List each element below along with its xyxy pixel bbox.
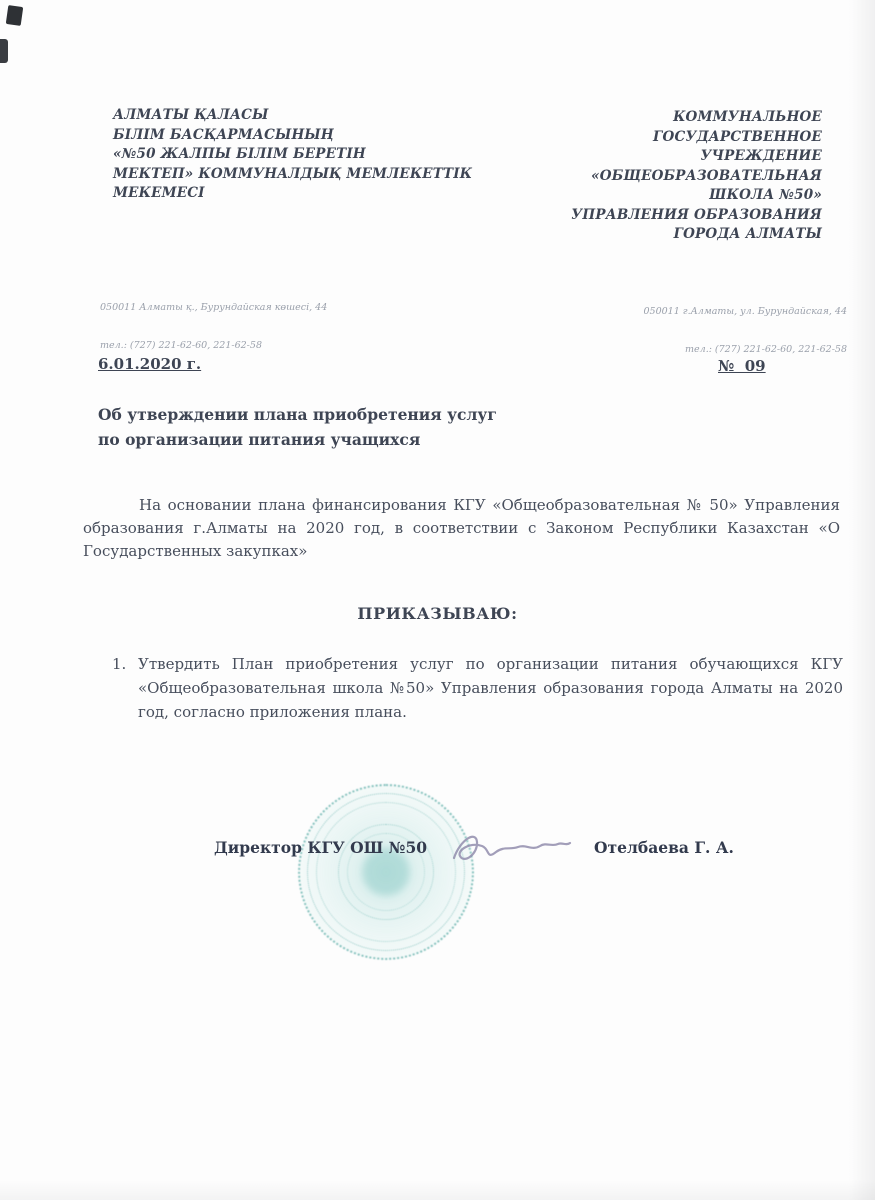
letterhead-line: УПРАВЛЕНИЯ ОБРАЗОВАНИЯ — [502, 206, 822, 226]
signature-scribble — [446, 816, 578, 876]
letterhead-line: БІЛІМ БАСҚАРМАСЫНЫҢ — [113, 126, 543, 146]
document-number: № 09 — [718, 357, 766, 375]
order-item-number: 1. — [112, 652, 126, 676]
address-block-right: 050011 г.Алматы, ул. Бурундайская, 44 те… — [557, 281, 847, 381]
letterhead-line: УЧРЕЖДЕНИЕ — [502, 147, 822, 167]
letterhead-line: МЕКЕМЕСІ — [113, 184, 543, 204]
letterhead-line: КОММУНАЛЬНОЕ — [502, 108, 822, 128]
letterhead-russian: КОММУНАЛЬНОЕ ГОСУДАРСТВЕННОЕ УЧРЕЖДЕНИЕ … — [502, 108, 822, 245]
scan-edge-shadow — [0, 1180, 875, 1200]
letterhead-line: «ОБЩЕОБРАЗОВАТЕЛЬНАЯ — [502, 167, 822, 187]
letterhead-line: АЛМАТЫ ҚАЛАСЫ — [113, 106, 543, 126]
scanned-document-page: АЛМАТЫ ҚАЛАСЫ БІЛІМ БАСҚАРМАСЫНЫҢ «№50 Ж… — [0, 0, 875, 1200]
address-line: 050011 г.Алматы, ул. Бурундайская, 44 — [557, 306, 847, 319]
address-line: тел.: (727) 221-62-60, 221-62-58 — [557, 344, 847, 357]
order-heading: ПРИКАЗЫВАЮ: — [0, 604, 875, 623]
letterhead-line: «№50 ЖАЛПЫ БІЛІМ БЕРЕТІН — [113, 145, 543, 165]
scan-edge-shadow — [849, 0, 875, 1200]
scan-artifact-mark — [0, 39, 8, 63]
subject-line: Об утверждении плана приобретения услуг — [98, 402, 658, 427]
order-item-1: 1. Утвердить План приобретения услуг по … — [112, 652, 843, 724]
letterhead-line: ШКОЛА №50» — [502, 186, 822, 206]
subject-line: по организации питания учащихся — [98, 427, 658, 452]
letterhead-line: ГОСУДАРСТВЕННОЕ — [502, 128, 822, 148]
scan-artifact-mark — [6, 5, 23, 26]
address-line: тел.: (727) 221-62-60, 221-62-58 — [100, 340, 390, 353]
document-date: 6.01.2020 г. — [98, 355, 201, 373]
document-subject: Об утверждении плана приобретения услуг … — [98, 402, 658, 452]
signature-name: Отелбаева Г. А. — [594, 838, 734, 857]
letterhead-kazakh: АЛМАТЫ ҚАЛАСЫ БІЛІМ БАСҚАРМАСЫНЫҢ «№50 Ж… — [113, 106, 543, 204]
signature-title: Директор КГУ ОШ №50 — [214, 838, 427, 857]
letterhead-line: ГОРОДА АЛМАТЫ — [502, 225, 822, 245]
body-paragraph: На основании плана финансирования КГУ «О… — [83, 494, 840, 563]
address-line: 050011 Алматы қ., Бурундайская көшесі, 4… — [100, 302, 390, 315]
letterhead-line: МЕКТЕП» КОММУНАЛДЫҚ МЕМЛЕКЕТТІК — [113, 165, 543, 185]
order-item-text: Утвердить План приобретения услуг по орг… — [138, 652, 843, 724]
